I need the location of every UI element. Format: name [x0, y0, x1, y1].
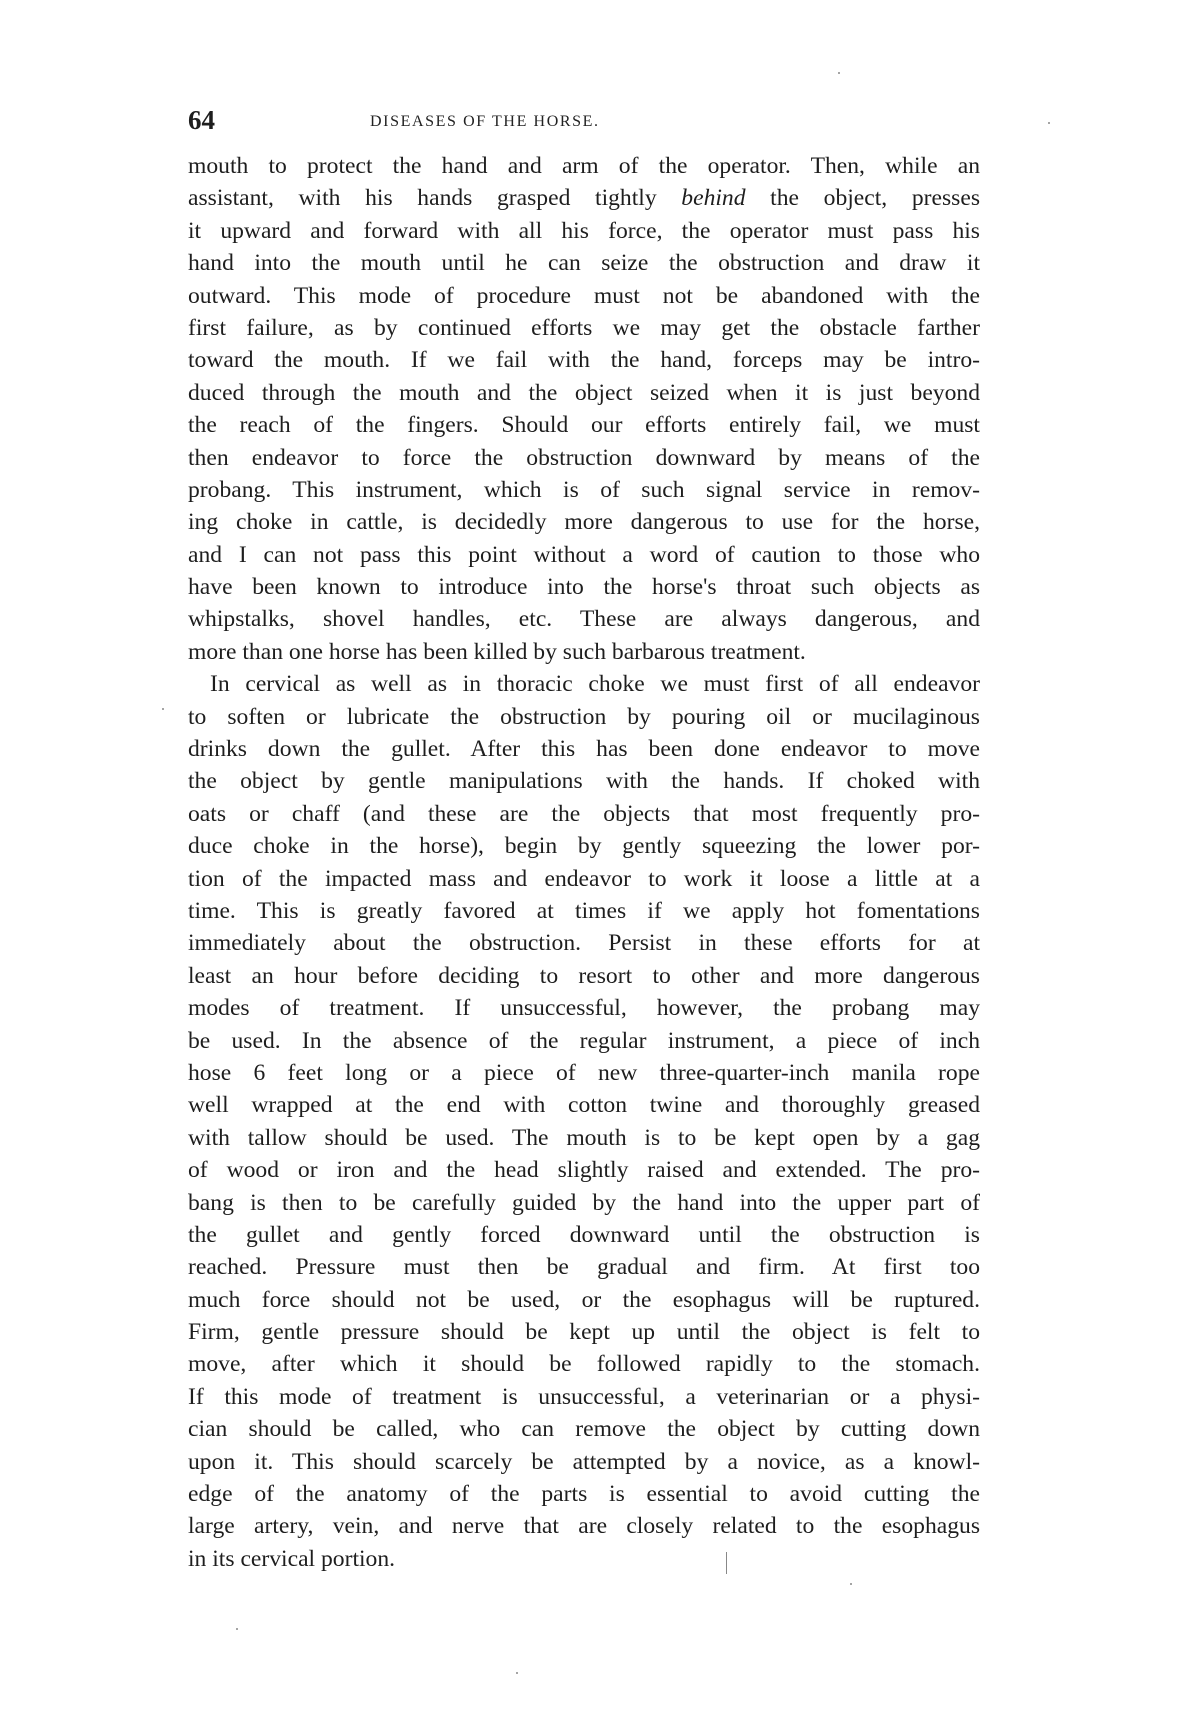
- scan-speck: [1048, 122, 1050, 124]
- running-head: 64 DISEASES OF THE HORSE.: [188, 100, 978, 140]
- text-line: edge of the anatomy of the parts is esse…: [188, 1478, 980, 1510]
- text-line: bang is then to be carefully guided by t…: [188, 1187, 980, 1219]
- text-line: If this mode of treatment is unsuccessfu…: [188, 1381, 980, 1413]
- scan-speck: [236, 1628, 238, 1630]
- text-line: it upward and forward with all his force…: [188, 215, 980, 247]
- text-line: the gullet and gently forced downward un…: [188, 1219, 980, 1251]
- text-line: least an hour before deciding to resort …: [188, 960, 980, 992]
- text-line: assistant, with his hands grasped tightl…: [188, 182, 980, 214]
- text-line: hose 6 feet long or a piece of new three…: [188, 1057, 980, 1089]
- text-line: duced through the mouth and the object s…: [188, 377, 980, 409]
- running-title: DISEASES OF THE HORSE.: [370, 104, 600, 140]
- text-line: have been known to introduce into the ho…: [188, 571, 980, 603]
- text-line: be used. In the absence of the regular i…: [188, 1025, 980, 1057]
- emphasized-word: behind: [681, 185, 745, 211]
- scan-speck: [726, 1552, 727, 1574]
- text-line: immediately about the obstruction. Persi…: [188, 927, 980, 959]
- scan-speck: [162, 708, 164, 710]
- page-number: 64: [188, 100, 215, 140]
- text-line: time. This is greatly favored at times i…: [188, 895, 980, 927]
- text-line: drinks down the gullet. After this has b…: [188, 733, 980, 765]
- scan-speck: [838, 72, 840, 74]
- text-line: oats or chaff (and these are the objects…: [188, 798, 980, 830]
- text-line: the object by gentle manipulations with …: [188, 765, 980, 797]
- text-line: In cervical as well as in thoracic choke…: [188, 668, 980, 700]
- text-line: hand into the mouth until he can seize t…: [188, 247, 980, 279]
- text-line: mouth to protect the hand and arm of the…: [188, 150, 980, 182]
- text-line: upon it. This should scarcely be attempt…: [188, 1446, 980, 1478]
- text-line: with tallow should be used. The mouth is…: [188, 1122, 980, 1154]
- text-line: move, after which it should be followed …: [188, 1348, 980, 1380]
- text-line: probang. This instrument, which is of su…: [188, 474, 980, 506]
- text-line: whipstalks, shovel handles, etc. These a…: [188, 603, 980, 635]
- text-span: the object, presses: [746, 185, 980, 211]
- text-span: assistant, with his hands grasped tightl…: [188, 185, 681, 211]
- text-line: Firm, gentle pressure should be kept up …: [188, 1316, 980, 1348]
- body-text: mouth to protect the hand and arm of the…: [188, 150, 980, 1575]
- text-line: toward the mouth. If we fail with the ha…: [188, 344, 980, 376]
- text-line: reached. Pressure must then be gradual a…: [188, 1251, 980, 1283]
- text-line: first failure, as by continued efforts w…: [188, 312, 980, 344]
- text-line: well wrapped at the end with cotton twin…: [188, 1089, 980, 1121]
- paragraph-1: mouth to protect the hand and arm of the…: [188, 150, 980, 668]
- text-line: more than one horse has been killed by s…: [188, 636, 980, 668]
- book-page: 64 DISEASES OF THE HORSE. mouth to prote…: [0, 0, 1200, 1712]
- text-line: in its cervical portion.: [188, 1543, 980, 1575]
- text-line: ing choke in cattle, is decidedly more d…: [188, 506, 980, 538]
- scan-speck: [516, 1672, 518, 1674]
- text-line: outward. This mode of procedure must not…: [188, 280, 980, 312]
- text-line: of wood or iron and the head slightly ra…: [188, 1154, 980, 1186]
- scan-speck: [850, 1583, 852, 1585]
- text-line: duce choke in the horse), begin by gentl…: [188, 830, 980, 862]
- text-line: cian should be called, who can remove th…: [188, 1413, 980, 1445]
- text-line: tion of the impacted mass and endeavor t…: [188, 863, 980, 895]
- text-line: much force should not be used, or the es…: [188, 1284, 980, 1316]
- text-line: then endeavor to force the obstruction d…: [188, 442, 980, 474]
- paragraph-2: In cervical as well as in thoracic choke…: [188, 668, 980, 1575]
- text-line: the reach of the fingers. Should our eff…: [188, 409, 980, 441]
- text-line: modes of treatment. If unsuccessful, how…: [188, 992, 980, 1024]
- text-line: to soften or lubricate the obstruction b…: [188, 701, 980, 733]
- text-line: large artery, vein, and nerve that are c…: [188, 1510, 980, 1542]
- text-line: and I can not pass this point without a …: [188, 539, 980, 571]
